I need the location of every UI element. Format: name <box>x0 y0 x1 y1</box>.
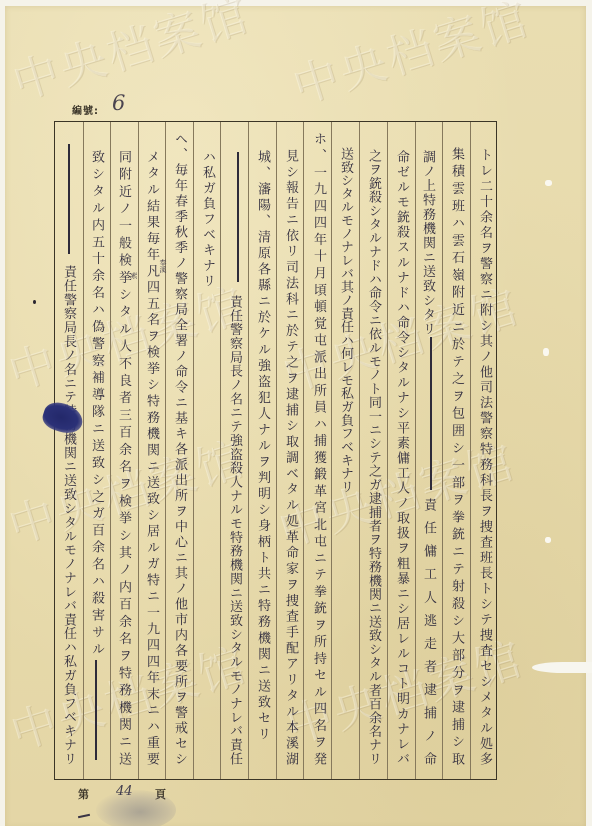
text-column-15: 致シタル内五十余名ハ偽警察補導隊ニ送致シ之ガ百余名ハ殺害サル <box>86 150 106 655</box>
text-column-6: 送致シタルモノナレバ其ノ責任ハ何レモ私ガ負フベキナリ <box>335 147 355 493</box>
serial-number-label: 編號: <box>72 102 99 117</box>
text-column-2: 集積雲班ハ雲石嶺附近ニ於テ之ヲ包囲シ一部ヲ拳銃ニテ射殺シ大部分ヲ逮捕シ取 <box>446 147 466 765</box>
column-rule <box>415 122 416 779</box>
column-rule <box>138 122 139 779</box>
page-prefix: 第 <box>78 786 89 802</box>
text-column-16: 責任警察局長ノ名ニテ特務機関ニ送致シタルモノナレバ責任ハ私ガ負フベキナリ <box>58 265 78 765</box>
column-rule <box>303 122 304 779</box>
blank-fill-line <box>95 660 97 760</box>
interlinear-insertion: 奉溪 <box>159 259 167 273</box>
blank-fill-line <box>430 337 432 490</box>
column-rule <box>165 122 166 779</box>
column-rule <box>193 122 194 779</box>
column-rule <box>359 122 360 779</box>
blank-fill-line <box>237 152 239 282</box>
paper-speck <box>545 180 552 186</box>
text-column-9: 城、瀋陽、清原各縣ニ於ケル強盗犯人ナルヲ判明シ身柄ト共ニ特務機関ニ送致セリ <box>252 150 272 740</box>
column-rule <box>83 122 84 779</box>
text-column-11: ハ私ガ負フベキナリ <box>197 150 217 287</box>
text-column-7: ホ、一九四四年十月頃頓覚屯派出所員ハ捕獲鍛革宮北屯ニテ拳銃ヲ所持セル四名ヲ発 <box>308 132 328 765</box>
text-column-5: 之ヲ銃殺シタルナドハ命令ニ依ルモノト同一ニシテ之ガ逮捕者ヲ特務機関ニ送致シタル者… <box>363 149 383 765</box>
column-rule <box>110 122 111 779</box>
serial-number-value: 6 <box>112 91 125 115</box>
text-column-3: 調ノ上特務機関ニ送致シタリ <box>417 150 437 335</box>
paper-speck <box>543 348 549 356</box>
text-column-13: メタル結果毎年凡四五名ヲ検挙シ特務機関ニ送致シ居ルガ特ニ一九四四年末ニハ重要 <box>141 150 161 765</box>
text-column-3-responsibility: 責任傭工人逃走者逮捕ノ命 <box>418 498 438 765</box>
archive-page: 中央档案馆 中央档案馆 中央档案馆 中央档案馆 中央档案馆 中央档案馆 中央档案… <box>0 0 592 826</box>
column-rule <box>331 122 332 779</box>
text-column-14: 同附近ノ一般検挙シタル人不良者三百余名ヲ検挙シ其ノ内百余名ヲ特務機関ニ送 <box>113 150 133 765</box>
interlinear-insertion: 索 <box>130 272 138 279</box>
column-rule <box>248 122 249 779</box>
text-column-12: ヘ、毎年春季秋季ノ警察局全署ノ命令ニ基キ各派出所ヲ中心ニ其ノ他市内各要所ヲ警戒セ… <box>169 132 189 765</box>
column-rule <box>442 122 443 779</box>
column-rule <box>387 122 388 779</box>
column-rule <box>220 122 221 779</box>
text-column-1: トレ二十余名ヲ警察ニ附シ其ノ他司法警察特務科長ヲ捜査班長トシテ捜査セシメタル処多 <box>474 148 494 765</box>
text-column-4: 命ゼルモ銃殺スルナドハ命令シタルナシ平素傭工人ノ取扱ヲ粗暴ニシ居レルコト明カナレ… <box>391 150 411 765</box>
column-rule <box>470 122 471 779</box>
fingerprint-smudge <box>96 790 176 826</box>
ink-dot <box>33 300 36 304</box>
paper-speck <box>545 537 551 543</box>
blank-fill-line <box>68 144 70 254</box>
column-rule <box>276 122 277 779</box>
text-column-8: 見シ報告ニ依リ司法科ニ於テ之ヲ逮捕シ取調ベタル処革命家ヲ捜査手配アリタル本溪湖 <box>280 149 300 765</box>
paper-tear <box>532 662 592 673</box>
text-column-10: 責任警察局長ノ名ニテ強盗殺人ナルモ特務機関ニ送致シタルモノナレバ責任 <box>224 295 244 765</box>
